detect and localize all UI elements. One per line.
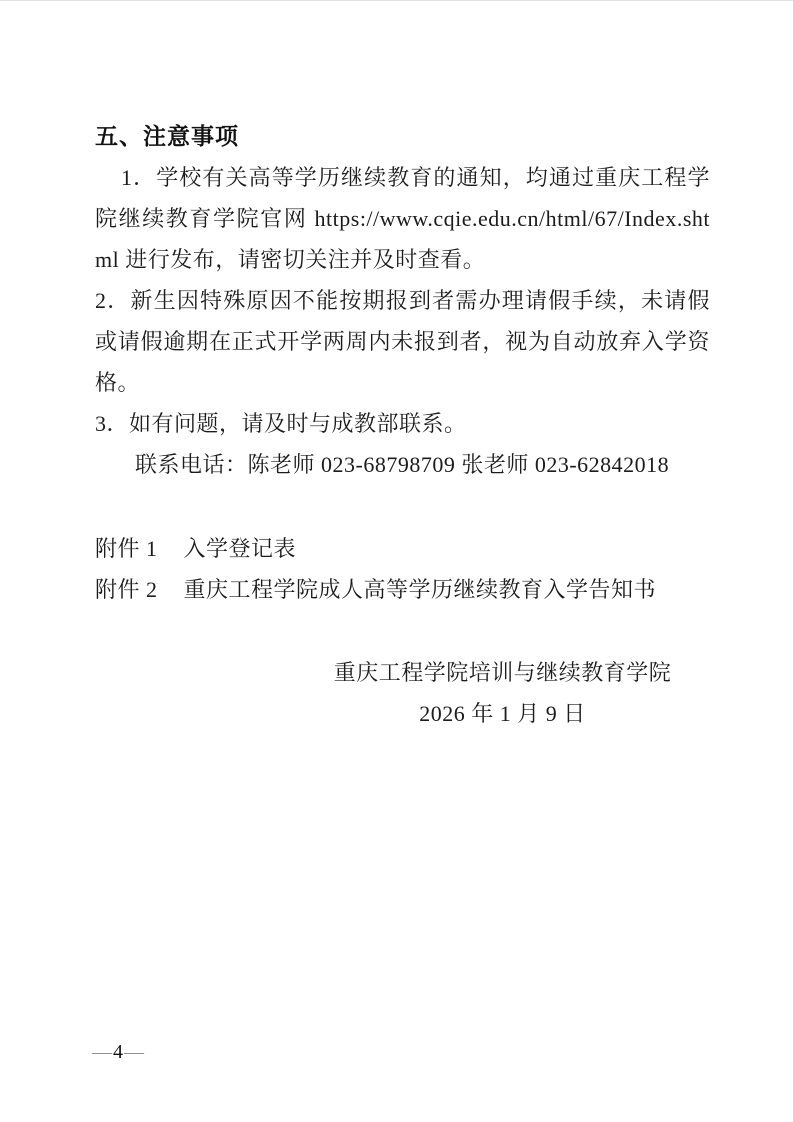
attachment-item-1: 附件 1入学登记表 (95, 528, 710, 569)
paragraph-notice-1: 1．学校有关高等学历继续教育的通知，均通过重庆工程学院继续教育学院官网 http… (95, 157, 710, 280)
attachments-list: 附件 1入学登记表 附件 2重庆工程学院成人高等学历继续教育入学告知书 (95, 528, 710, 610)
attachment-item-2: 附件 2重庆工程学院成人高等学历继续教育入学告知书 (95, 569, 710, 610)
attachment-1-label: 附件 1 (95, 528, 158, 569)
attachment-2-label: 附件 2 (95, 569, 158, 610)
paragraph-notice-2: 2．新生因特殊原因不能按期报到者需办理请假手续，未请假或请假逾期在正式开学两周内… (95, 280, 710, 403)
paragraph-notice-3: 3．如有问题，请及时与成教部联系。 (95, 403, 710, 444)
signature-block: 重庆工程学院培训与继续教育学院 2026 年 1 月 9 日 (95, 652, 710, 734)
contact-phone-line: 联系电话：陈老师 023-68798709 张老师 023-62842018 (95, 444, 710, 485)
footer-dash-left: — (92, 1041, 112, 1063)
page-number: 4 (112, 1041, 124, 1063)
attachment-2-title: 重庆工程学院成人高等学历继续教育入学告知书 (184, 577, 657, 602)
section-heading: 五、注意事项 (95, 116, 710, 157)
page-footer: —4— (92, 1041, 144, 1063)
document-content: 五、注意事项 1．学校有关高等学历继续教育的通知，均通过重庆工程学院继续教育学院… (0, 1, 793, 734)
signature-organization: 重庆工程学院培训与继续教育学院 (295, 652, 710, 693)
signature-date: 2026 年 1 月 9 日 (295, 693, 710, 734)
paragraph-1-post: 进行发布，请密切关注并及时查看。 (119, 247, 485, 272)
document-page: 五、注意事项 1．学校有关高等学历继续教育的通知，均通过重庆工程学院继续教育学院… (0, 0, 793, 1122)
footer-dash-right: — (124, 1041, 144, 1063)
attachment-1-title: 入学登记表 (184, 536, 297, 561)
